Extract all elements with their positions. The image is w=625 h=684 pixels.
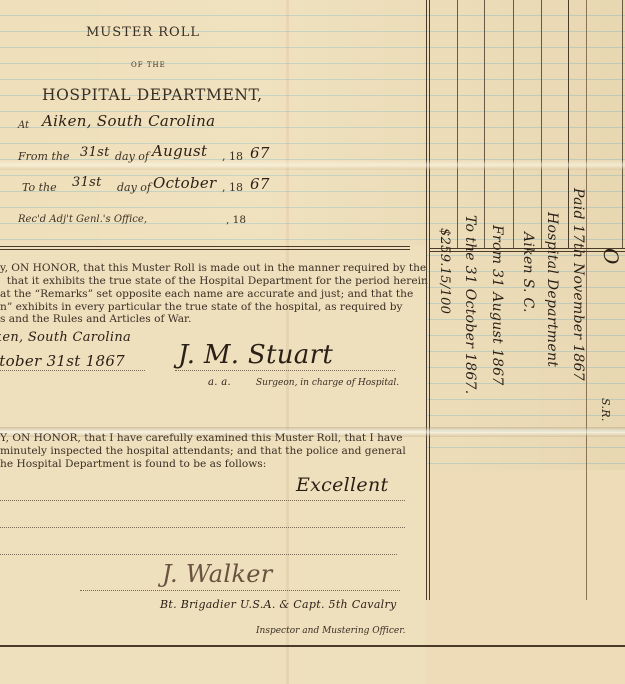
- endorsement-mark: O: [599, 248, 623, 265]
- endorsement-amount: $259.15/100: [437, 228, 452, 314]
- certificate-line: n” exhibits in every particular the true…: [0, 301, 403, 314]
- from-year-prefix: , 18: [222, 150, 243, 163]
- inspector-caption: Inspector and Mustering Officer.: [256, 626, 405, 636]
- surgeon-signature: J. M. Stuart: [178, 340, 333, 370]
- column-rule: [513, 0, 514, 248]
- endorsement-line: Paid 17th November 1867: [570, 188, 586, 381]
- column-rule: [568, 0, 569, 248]
- certificate-line: s and the Rules and Articles of War.: [0, 313, 191, 326]
- to-label: To the: [22, 181, 57, 194]
- inspector-signature: J. Walker: [162, 560, 273, 588]
- section-divider: [0, 246, 410, 247]
- document-subtitle: OF THE: [131, 61, 166, 69]
- from-day-of: day of: [115, 150, 149, 163]
- endorsement-line: From 31 August 1867: [489, 225, 505, 386]
- inspector-rank: Bt. Brigadier U.S.A. & Capt. 5th Cavalry: [160, 598, 397, 611]
- remarks-line: [0, 500, 405, 501]
- department-title: HOSPITAL DEPARTMENT,: [42, 86, 263, 104]
- at-label: At: [18, 120, 29, 131]
- to-year-prefix: , 18: [222, 181, 243, 194]
- to-month: October: [153, 174, 217, 192]
- fold-crease: [0, 160, 625, 170]
- station-value: Aiken, South Carolina: [42, 112, 215, 130]
- signature-line: [80, 590, 400, 591]
- certificate-line: he Hospital Department is found to be as…: [0, 458, 266, 471]
- column-rule: [622, 0, 623, 248]
- inspection-assessment: Excellent: [296, 474, 388, 496]
- certificate-line: minutely inspected the hospital attendan…: [0, 445, 406, 458]
- signing-date: October 31st 1867: [0, 352, 125, 370]
- remarks-line: [0, 554, 397, 555]
- document-title: MUSTER ROLL: [86, 25, 200, 40]
- signing-place: Aiken, South Carolina: [0, 330, 131, 345]
- from-day: 31st: [80, 145, 110, 160]
- signature-line: [175, 370, 395, 371]
- column-rule: [586, 0, 587, 600]
- column-rule: [429, 0, 430, 600]
- certificate-line: y, ON HONOR, that this Muster Roll is ma…: [0, 262, 426, 275]
- endorsement-note: S.R.: [599, 398, 612, 422]
- from-year: 67: [250, 144, 270, 162]
- received-year-prefix: , 18: [226, 214, 246, 226]
- to-day-of: day of: [117, 181, 151, 194]
- endorsement-line: To the 31 October 1867.: [462, 215, 478, 395]
- from-label: From the: [18, 150, 69, 163]
- date-line: [0, 370, 145, 371]
- surgeon-caption: Surgeon, in charge of Hospital.: [256, 378, 399, 388]
- signature-suffix: a. a.: [208, 377, 231, 388]
- endorsement-line: Hospital Department: [544, 212, 560, 367]
- to-day: 31st: [72, 175, 102, 190]
- column-rule: [484, 0, 485, 248]
- from-month: August: [152, 142, 207, 160]
- column-rule: [541, 0, 542, 248]
- certificate-line: at the “Remarks” set opposite each name …: [0, 288, 413, 301]
- section-divider: [0, 645, 625, 647]
- column-rule: [457, 0, 458, 248]
- endorsement-line: Aiken S. C.: [520, 232, 536, 313]
- to-year: 67: [250, 175, 270, 193]
- column-rule: [426, 0, 427, 600]
- certificate-line: that it exhibits the true state of the H…: [0, 275, 428, 288]
- certificate-line: Y, ON HONOR, that I have carefully exami…: [0, 432, 402, 445]
- blank-column-area: [426, 470, 625, 684]
- received-label: Rec'd Adj't Genl.'s Office,: [18, 214, 147, 225]
- section-divider: [0, 249, 410, 250]
- remarks-line: [0, 527, 405, 528]
